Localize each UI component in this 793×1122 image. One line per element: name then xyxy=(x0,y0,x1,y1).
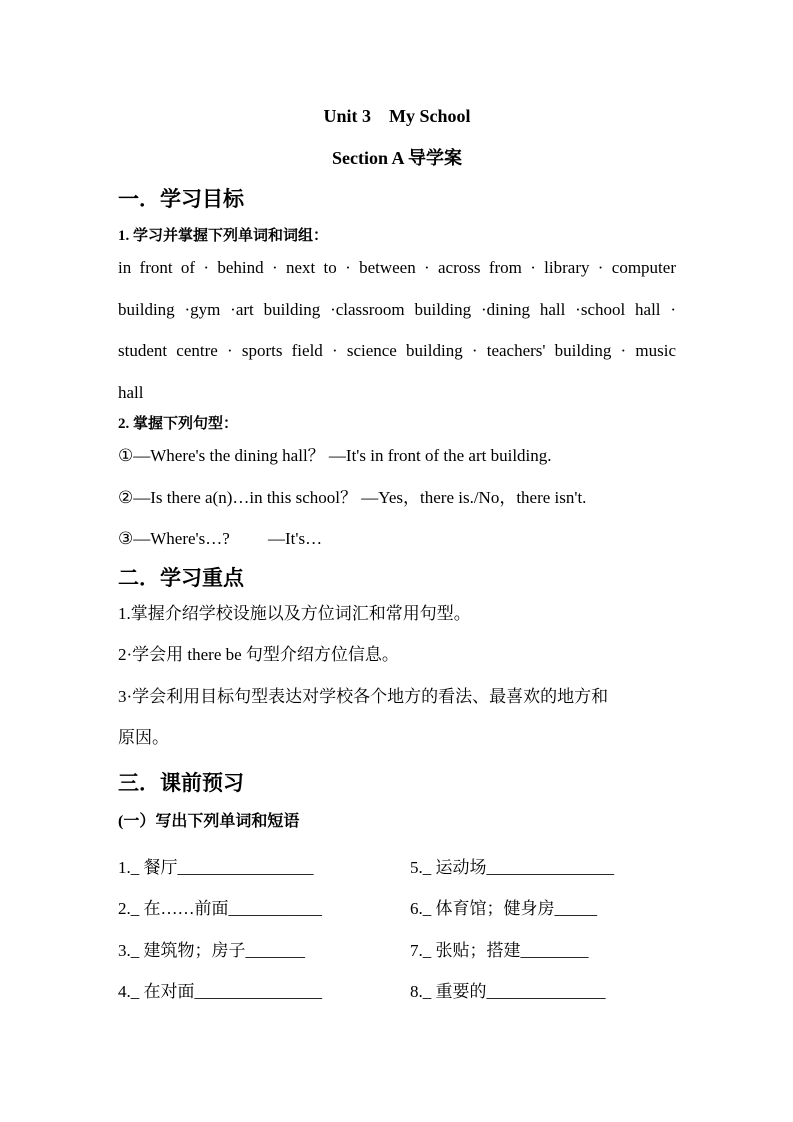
section-heading-goals: 一．学习目标 xyxy=(118,186,676,214)
section-heading-focus: 二．学习重点 xyxy=(118,565,676,593)
section-heading-prep: 三．课前预习 xyxy=(118,770,676,798)
focus-item-3-continued: 原因。 xyxy=(118,717,676,759)
pattern-sentence-1: ①—Where's the dining hall？ —It's in fron… xyxy=(118,435,676,477)
vocab-item-8: 8._ 重要的______________ xyxy=(410,971,676,1013)
pattern-sentence-3: ③—Where's…? —It's… xyxy=(118,518,676,560)
focus-item-2: 2·学会用 there be 句型介绍方位信息。 xyxy=(118,634,676,676)
vocab-item-5: 5._ 运动场_______________ xyxy=(410,847,676,889)
document-content: Unit 3 My School Section A 导学案 一．学习目标 1.… xyxy=(118,0,676,1013)
doc-subtitle: Section A 导学案 xyxy=(118,145,676,171)
sentence-patterns: ①—Where's the dining hall？ —It's in fron… xyxy=(118,435,676,560)
vocab-item-4: 4._ 在对面_______________ xyxy=(118,971,410,1013)
focus-list: 1.掌握介绍学校设施以及方位词汇和常用句型。 2·学会用 there be 句型… xyxy=(118,593,676,759)
vocab-word-list: in front of · behind · next to · between… xyxy=(118,247,676,413)
vocab-item-7: 7._ 张贴；搭建________ xyxy=(410,930,676,972)
vocab-line: in front of · behind · next to · between… xyxy=(118,247,676,289)
vocab-item-1: 1._ 餐厅________________ xyxy=(118,847,410,889)
vocab-line: hall xyxy=(118,372,676,414)
worksheet-page: Unit 3 My School Section A 导学案 一．学习目标 1.… xyxy=(0,0,793,1122)
vocab-item-3: 3._ 建筑物；房子_______ xyxy=(118,930,410,972)
vocab-item-2: 2._ 在……前面___________ xyxy=(118,888,410,930)
vocab-item-6: 6._ 体育馆；健身房_____ xyxy=(410,888,676,930)
vocab-line: building ·gym ·art building ·classroom b… xyxy=(118,289,676,331)
pattern-sentence-2: ②—Is there a(n)…in this school？ —Yes，the… xyxy=(118,477,676,519)
doc-title: Unit 3 My School xyxy=(118,103,676,129)
focus-item-3: 3·学会利用目标句型表达对学校各个地方的看法、最喜欢的地方和 xyxy=(118,676,676,718)
focus-item-1: 1.掌握介绍学校设施以及方位词汇和常用句型。 xyxy=(118,593,676,635)
patterns-label: 2. 掌握下列句型： xyxy=(118,413,676,435)
vocab-list-label: 1. 学习并掌握下列单词和词组： xyxy=(118,225,676,247)
prep-part-label: (一）写出下列单词和短语 xyxy=(118,810,676,833)
fill-in-vocab-grid: 1._ 餐厅________________ 5._ 运动场__________… xyxy=(118,847,676,1013)
vocab-line: student centre · sports field · science … xyxy=(118,330,676,372)
